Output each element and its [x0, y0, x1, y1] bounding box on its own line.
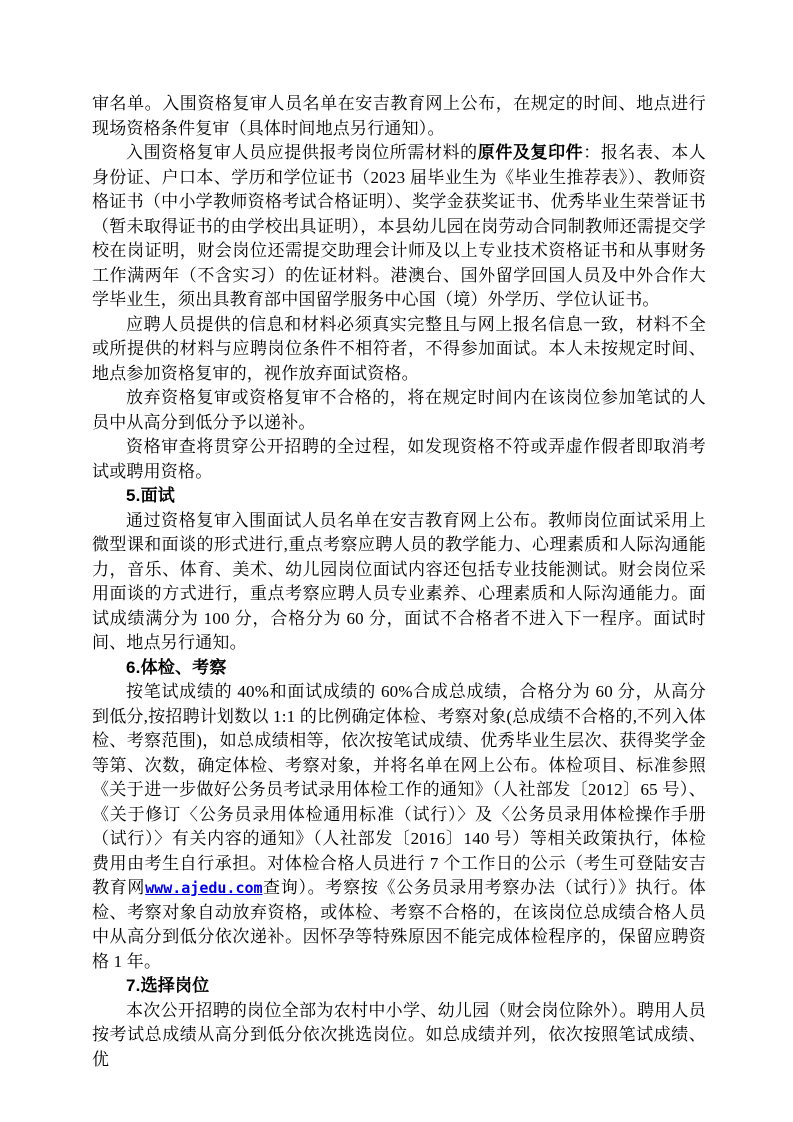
section-heading-label: 6.体检、考察: [126, 658, 227, 677]
paragraph: 应聘人员提供的信息和材料必须真实完整且与网上报名信息一致，材料不全或所提供的材料…: [92, 313, 706, 387]
section-heading-label: 5.面试: [126, 486, 175, 505]
section-heading: 6.体检、考察: [92, 656, 706, 681]
document-content: 审名单。入围资格复审人员名单在安吉教育网上公布，在规定的时间、地点进行现场资格条…: [92, 92, 706, 1072]
paragraph: 资格审查将贯穿公开招聘的全过程，如发现资格不符或弄虚作假者即取消考试或聘用资格。: [92, 435, 706, 484]
document-page: 审名单。入围资格复审人员名单在安吉教育网上公布，在规定的时间、地点进行现场资格条…: [0, 0, 793, 1122]
text-run: 通过资格复审入围面试人员名单在安吉教育网上公布。教师岗位面试采用上微型课和面谈的…: [92, 511, 706, 653]
paragraph: 审名单。入围资格复审人员名单在安吉教育网上公布，在规定的时间、地点进行现场资格条…: [92, 92, 706, 141]
paragraph: 本次公开招聘的岗位全部为农村中小学、幼儿园（财会岗位除外）。聘用人员按考试总成绩…: [92, 999, 706, 1073]
text-run: 审名单。入围资格复审人员名单在安吉教育网上公布，在规定的时间、地点进行现场资格条…: [92, 94, 706, 138]
document-viewport: { "page": { "background": "#ffffff", "te…: [0, 0, 793, 1122]
text-run: 按笔试成绩的 40%和面试成绩的 60%合成总成绩，合格分为 60 分，从高分到…: [92, 682, 706, 897]
text-run: 本次公开招聘的岗位全部为农村中小学、幼儿园（财会岗位除外）。聘用人员按考试总成绩…: [92, 1001, 706, 1069]
paragraph: 按笔试成绩的 40%和面试成绩的 60%合成总成绩，合格分为 60 分，从高分到…: [92, 680, 706, 974]
text-run: 放弃资格复审或资格复审不合格的，将在规定时间内在该岗位参加笔试的人员中从高分到低…: [92, 388, 706, 432]
bold-text-run: 原件及复印件: [478, 143, 584, 162]
section-heading-label: 7.选择岗位: [126, 976, 209, 995]
text-run: 入围资格复审人员应提供报考岗位所需材料的: [126, 143, 478, 162]
ajedu-link[interactable]: www.ajedu.com: [145, 879, 262, 897]
paragraph: 入围资格复审人员应提供报考岗位所需材料的原件及复印件：报名表、本人身份证、户口本…: [92, 141, 706, 313]
section-heading: 5.面试: [92, 484, 706, 509]
paragraph: 放弃资格复审或资格复审不合格的，将在规定时间内在该岗位参加笔试的人员中从高分到低…: [92, 386, 706, 435]
text-run: 资格审查将贯穿公开招聘的全过程，如发现资格不符或弄虚作假者即取消考试或聘用资格。: [92, 437, 706, 481]
text-run: ：报名表、本人身份证、户口本、学历和学位证书（2023 届毕业生为《毕业生推荐表…: [92, 143, 706, 309]
text-run: 应聘人员提供的信息和材料必须真实完整且与网上报名信息一致，材料不全或所提供的材料…: [92, 315, 706, 383]
paragraph: 通过资格复审入围面试人员名单在安吉教育网上公布。教师岗位面试采用上微型课和面谈的…: [92, 509, 706, 656]
section-heading: 7.选择岗位: [92, 974, 706, 999]
